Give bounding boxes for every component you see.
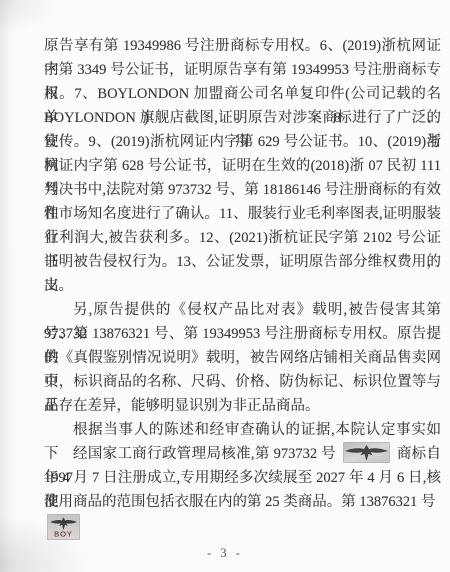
document-line: 字第 3349 号公证书，证明原告享有第 19349953 号注册商标专用 <box>44 58 441 82</box>
document-line: 证明被告侵权行为。13、公证发票，证明原告部分维权费用的支 <box>44 250 441 274</box>
line-text: 经国家工商行政管理局核准,第 973732 号 <box>73 446 336 462</box>
line-text: 品存在差异，能够明显识别为非正品商品。 <box>44 398 320 414</box>
eagle-trademark-image <box>343 442 390 463</box>
document-line: 和市场知名度进行了确认。11、服装行业毛利率图表,证明服装行 <box>44 202 441 226</box>
line-text: 出。 <box>44 278 73 294</box>
document-line: 原告享有第 19349986 号注册商标专用权。6、(2019)浙杭网证内 <box>44 34 441 58</box>
document-line: 出。 <box>44 274 441 298</box>
document-line: 根据当事人的陈述和经审查确认的证据,本院认定事实如下： <box>44 418 441 442</box>
document-line: 经国家工商行政管理局核准,第 973732 号 商标自 1997 <box>44 442 441 466</box>
document-body: 原告享有第 19349986 号注册商标专用权。6、(2019)浙杭网证内字第 … <box>44 34 441 514</box>
document-line: 中，标识商品的名称、尺码、价格、防伪标记、标识位置等与正 <box>44 370 441 394</box>
line-text: 使用商品的范围包括衣服在内的第 25 类商品。第 13876321 号 <box>44 494 436 510</box>
document-line: 品存在差异，能够明显识别为非正品商品。 <box>44 394 441 418</box>
page-number: - 3 - <box>0 546 450 561</box>
document-line: BOYLONDON 旗舰店截图,证明原告对涉案商标进行了广泛的使用与 <box>44 106 441 130</box>
document-line: 另,原告提供的《侵权产品比对表》载明,被告侵害其第 973732 <box>44 298 441 322</box>
document-line: 年 4 月 7 日注册成立,专用期经多次续展至 2027 年 4 月 6 日,核… <box>44 466 441 490</box>
document-line: 网证内字第 628 号公证书，证明在生效的(2018)浙 07 民初 111 号 <box>44 154 441 178</box>
document-line: 权。7、BOYLONDON 加盟商公司名单复印件(公司记载的名单)。8、 <box>44 82 441 106</box>
document-line: 判决书中,法院对第 973732 号、第 18186146 号注册商标的有效性 <box>44 178 441 202</box>
document-line: 使用商品的范围包括衣服在内的第 25 类商品。第 13876321 号 BOY <box>44 490 441 514</box>
document-line: 宣传。9、(2019)浙杭网证内字第 629 号公证书。10、(2019)浙杭 <box>44 130 441 154</box>
document-line: 的《真假鉴别情况说明》载明，被告网络店铺相关商品售卖网页 <box>44 346 441 370</box>
document-line: 号、第 13876321 号、第 19349953 号注册商标专用权。原告提供 <box>44 322 441 346</box>
document-line: 业利润大,被告获利多。12、(2021)浙杭证民字第 2102 号公证书， <box>44 226 441 250</box>
scanned-document-page: 原告享有第 19349986 号注册商标专用权。6、(2019)浙杭网证内字第 … <box>0 0 450 572</box>
boy-eagle-trademark-image: BOY <box>47 514 80 540</box>
boy-trademark-label: BOY <box>54 530 73 539</box>
